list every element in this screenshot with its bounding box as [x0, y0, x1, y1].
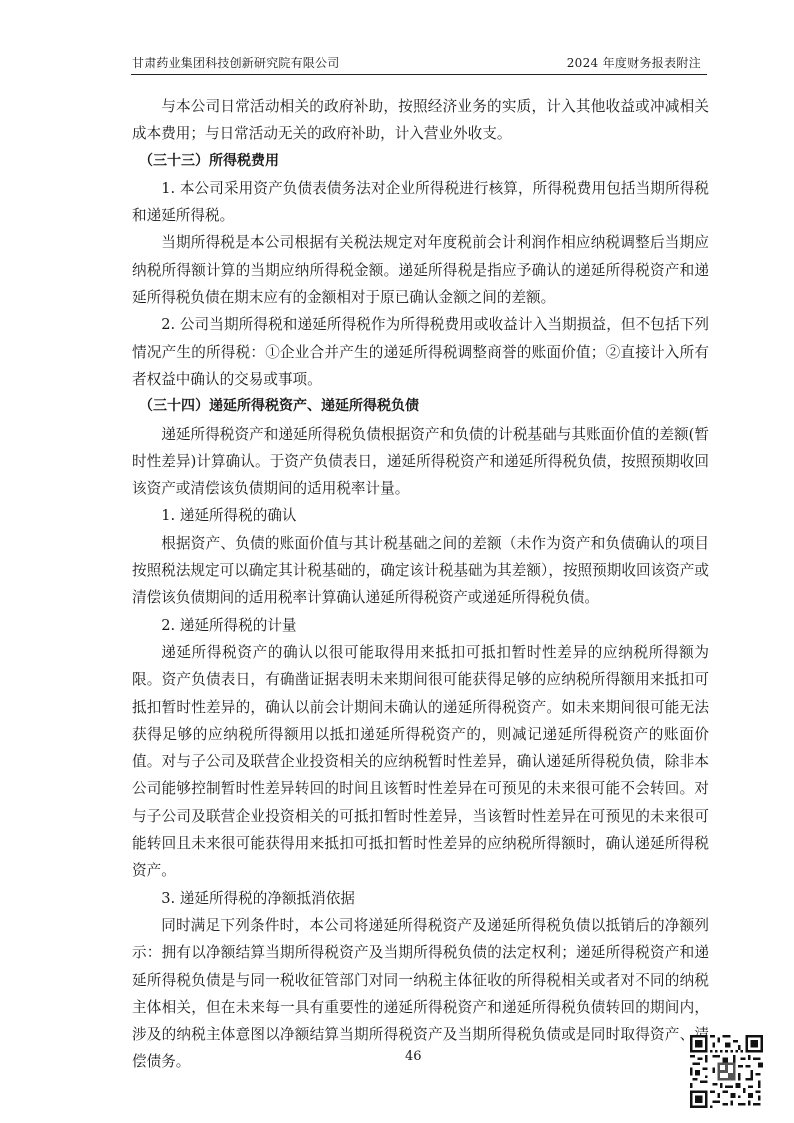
paragraph-33-1: 1. 本公司采用资产负债表债务法对企业所得税进行核算，所得税费用包括当期所得税和… [132, 175, 709, 230]
header-report-title: 2024 年度财务报表附注 [567, 54, 701, 71]
subheading-offset-basis: 3. 递延所得税的净额抵消依据 [132, 885, 709, 912]
subheading-recognition: 1. 递延所得税的确认 [132, 502, 709, 529]
section-heading-34: （三十四）递延所得税资产、递延所得税负债 [132, 393, 709, 420]
header-company-name: 甘肃药业集团科技创新研究院有限公司 [132, 54, 339, 71]
paragraph-government-grants: 与本公司日常活动相关的政府补助，按照经济业务的实质，计入其他收益或冲减相关成本费… [132, 93, 709, 148]
subheading-measurement: 2. 递延所得税的计量 [132, 612, 709, 639]
paragraph-33-2: 当期所得税是本公司根据有关税法规定对年度税前会计利润作相应纳税调整后当期应纳税所… [132, 229, 709, 311]
paragraph-34-3: 递延所得税资产的确认以很可能取得用来抵扣可抵扣暂时性差异的应纳税所得额为限。资产… [132, 639, 709, 885]
qr-code-icon [690, 1035, 763, 1108]
paragraph-34-1: 递延所得税资产和递延所得税负债根据资产和负债的计税基础与其账面价值的差额(暂时性… [132, 421, 709, 503]
page-header: 甘肃药业集团科技创新研究院有限公司 2024 年度财务报表附注 [131, 52, 707, 75]
page-number: 46 [405, 1049, 422, 1064]
paragraph-33-3: 2. 公司当期所得税和递延所得税作为所得税费用或收益计入当期损益，但不包括下列情… [132, 311, 709, 393]
paragraph-34-2: 根据资产、负债的账面价值与其计税基础之间的差额（未作为资产和负债确认的项目按照税… [132, 530, 709, 612]
document-body: 与本公司日常活动相关的政府补助，按照经济业务的实质，计入其他收益或冲减相关成本费… [132, 93, 709, 1076]
section-heading-33: （三十三）所得税费用 [132, 148, 709, 175]
